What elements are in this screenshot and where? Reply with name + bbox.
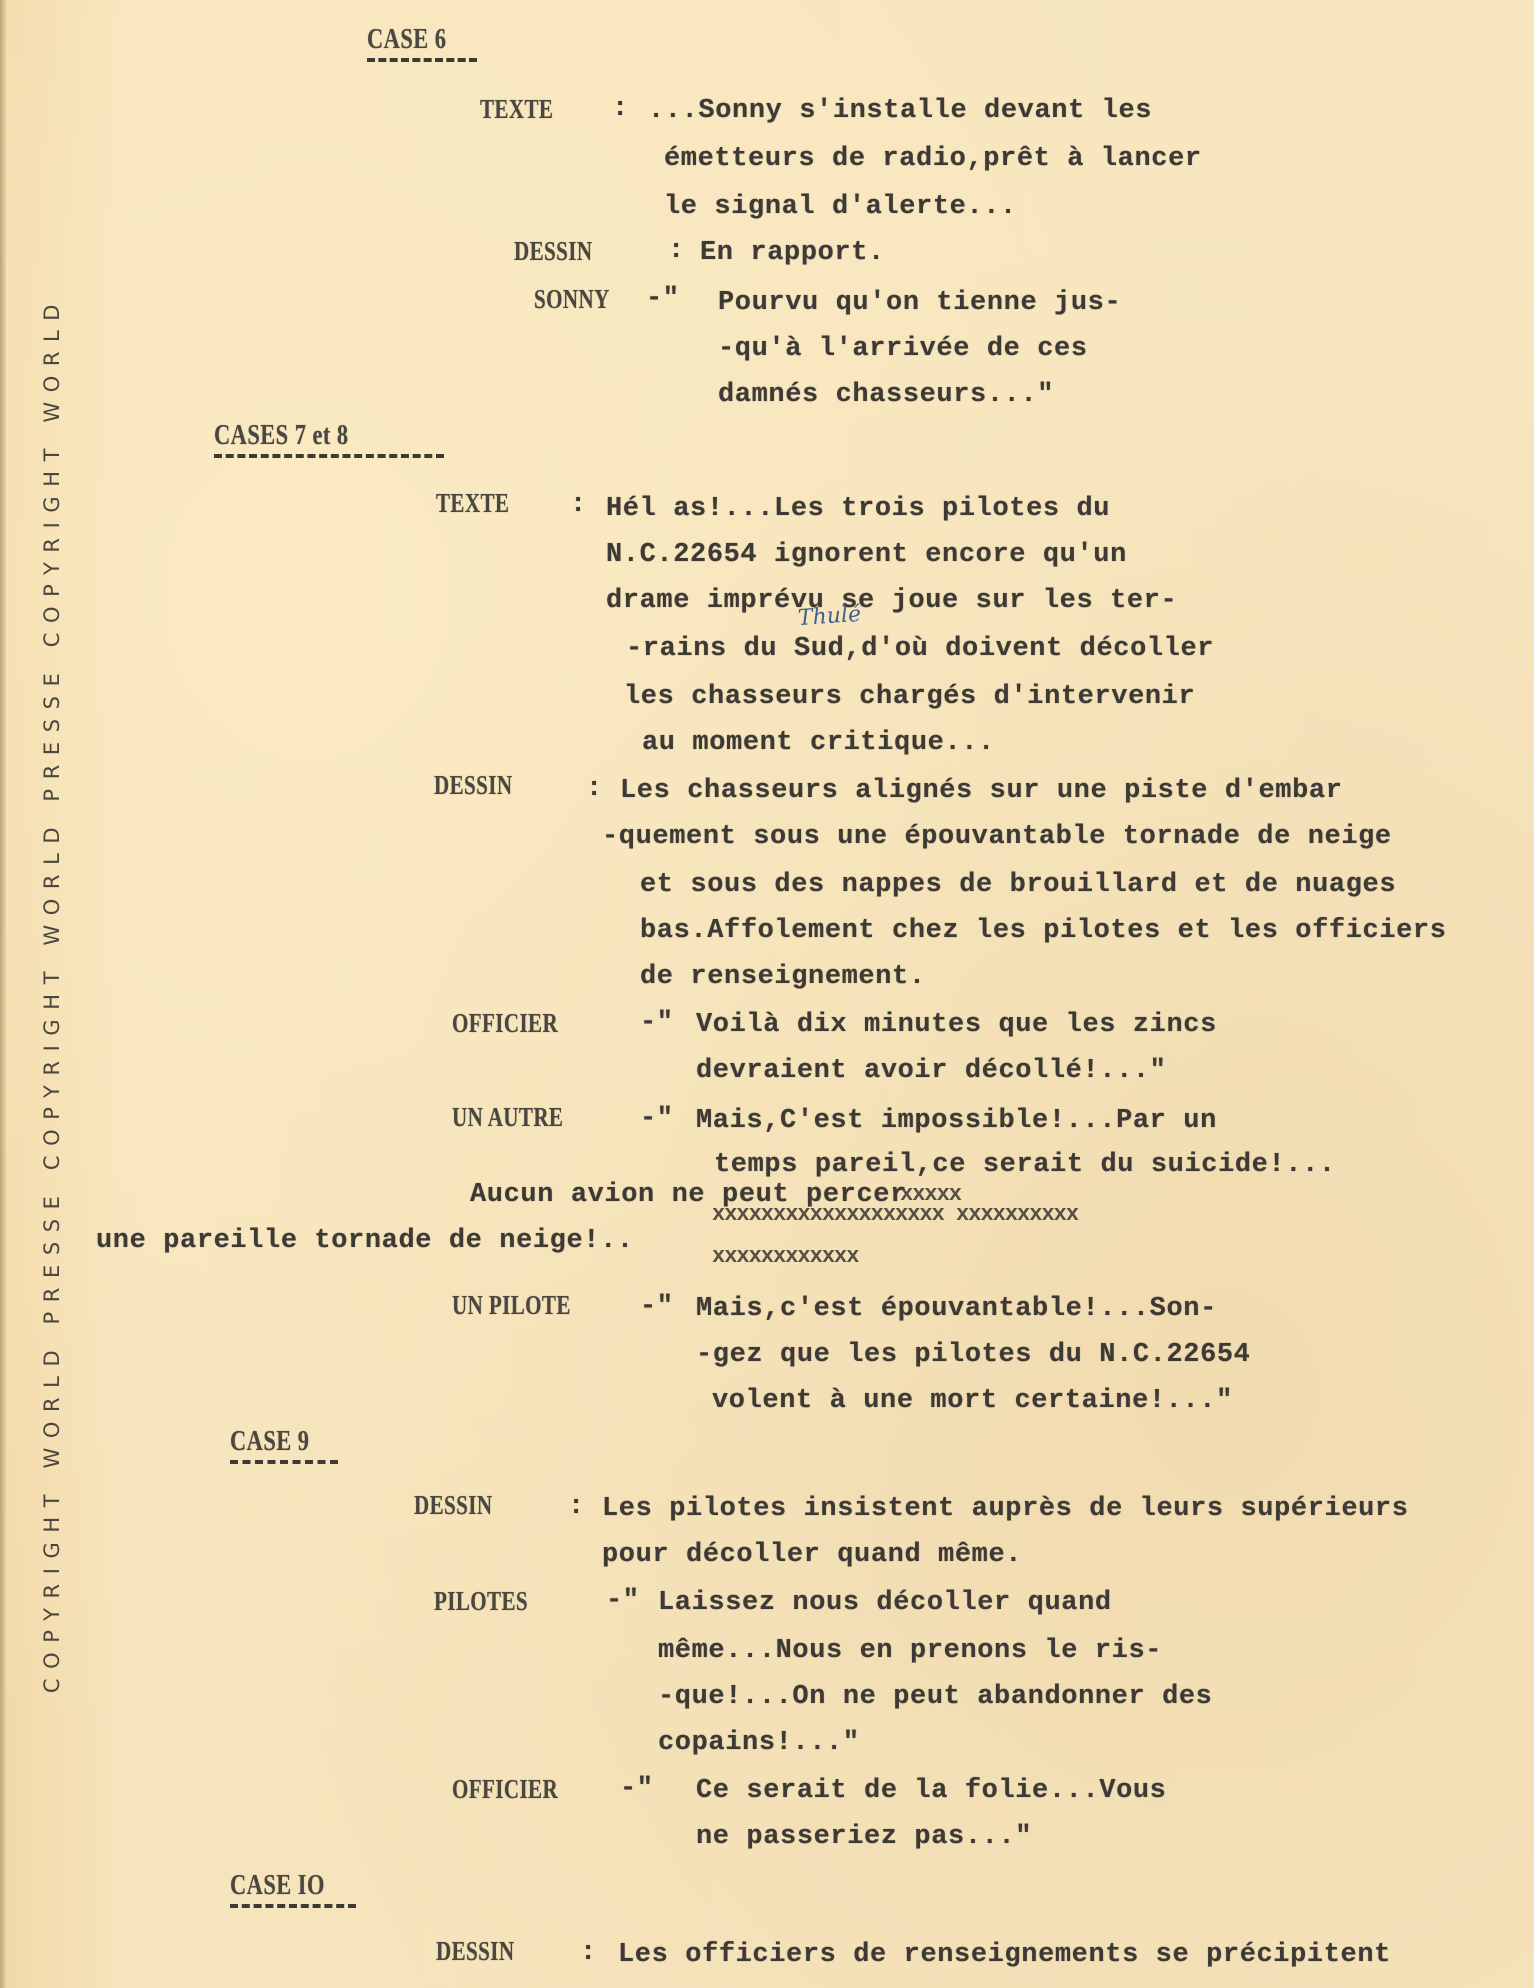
texte-line: le signal d'alerte...: [664, 192, 1017, 222]
dessin-line: -quement sous une épouvantable tornade d…: [602, 822, 1392, 852]
texte-line: N.C.22654 ignorent encore qu'un: [606, 540, 1127, 570]
heading-underline: [367, 58, 477, 62]
officier-label: OFFICIER: [452, 1008, 558, 1039]
pilotes-label: PILOTES: [434, 1586, 528, 1617]
dialogue-line: temps pareil,ce serait du suicide!...: [714, 1150, 1336, 1180]
dialogue-line: Voilà dix minutes que les zincs: [696, 1010, 1217, 1040]
heading-underline: [230, 1904, 356, 1908]
separator: -": [640, 1008, 674, 1038]
heading-underline: [230, 1460, 338, 1464]
officier-label: OFFICIER: [452, 1774, 558, 1805]
dessin-line: bas.Affolement chez les pilotes et les o…: [640, 916, 1447, 946]
dialogue-line: Mais,c'est épouvantable!...Son-: [696, 1294, 1217, 1324]
texte-line: ...Sonny s'installe devant les: [648, 96, 1152, 126]
texte-line: émetteurs de radio,prêt à lancer: [664, 144, 1202, 174]
texte-line: -rains du Sud,d'où doivent décoller: [626, 634, 1214, 664]
dessin-line: et sous des nappes de brouillard et de n…: [640, 870, 1396, 900]
case-10-heading: CASE IO: [230, 1870, 325, 1902]
dialogue-line: même...Nous en prenons le ris-: [658, 1636, 1162, 1666]
case-9-heading: CASE 9: [230, 1426, 309, 1458]
un-autre-label: UN AUTRE: [452, 1102, 563, 1133]
separator: -": [606, 1586, 640, 1616]
dialogue-line: -qu'à l'arrivée de ces: [718, 334, 1088, 364]
dialogue-line: ne passeriez pas...": [696, 1822, 1032, 1852]
dessin-label: DESSIN: [414, 1490, 492, 1521]
heading-underline: [214, 454, 444, 458]
dialogue-line: copains!...": [658, 1728, 860, 1758]
separator: :: [568, 1492, 585, 1522]
handwritten-correction: Thulé: [797, 602, 862, 631]
struck-out-text: xxxxxxxxxxxx: [712, 1244, 858, 1269]
inserted-line: une pareille tornade de neige!..: [96, 1226, 634, 1256]
typewritten-page: COPYRIGHT WORLD PRESSE COPYRIGHT WORLD P…: [0, 0, 1534, 1988]
dessin-label: DESSIN: [514, 236, 592, 267]
texte-label: TEXTE: [436, 488, 509, 519]
dialogue-line: volent à une mort certaine!...": [712, 1386, 1233, 1416]
copyright-watermark: COPYRIGHT WORLD PRESSE COPYRIGHT WORLD P…: [40, 14, 64, 1974]
texte-line: les chasseurs chargés d'intervenir: [624, 682, 1195, 712]
separator: -": [620, 1774, 654, 1804]
separator: :: [612, 94, 629, 124]
separator: :: [668, 236, 685, 266]
texte-line: au moment critique...: [642, 728, 995, 758]
dialogue-line: Mais,C'est impossible!...Par un: [696, 1106, 1217, 1136]
dialogue-line: Ce serait de la folie...Vous: [696, 1776, 1166, 1806]
dessin-label: DESSIN: [436, 1936, 514, 1967]
dessin-text: En rapport.: [700, 238, 885, 268]
texte-line: drame imprévu se joue sur les ter-: [606, 586, 1177, 616]
separator: -": [640, 1292, 674, 1322]
dessin-line: pour décoller quand même.: [602, 1540, 1022, 1570]
dialogue-line: Pourvu qu'on tienne jus-: [718, 288, 1121, 318]
dialogue-line: damnés chasseurs...": [718, 380, 1054, 410]
case-6-heading: CASE 6: [367, 24, 446, 56]
struck-out-text: xxxxxxxxxxxxxxxxxxx xxxxxxxxxx: [712, 1202, 1078, 1227]
case-7-8-heading: CASES 7 et 8: [214, 420, 349, 452]
dessin-line: Les pilotes insistent auprès de leurs su…: [602, 1494, 1409, 1524]
dialogue-line: -que!...On ne peut abandonner des: [658, 1682, 1213, 1712]
dessin-text: Les officiers de renseignements se préci…: [618, 1940, 1391, 1970]
dessin-line: Les chasseurs alignés sur une piste d'em…: [620, 776, 1343, 806]
page-edge: [0, 0, 6, 1988]
dialogue-line: Laissez nous décoller quand: [658, 1588, 1112, 1618]
separator: :: [586, 774, 603, 804]
dessin-label: DESSIN: [434, 770, 512, 801]
un-pilote-label: UN PILOTE: [452, 1290, 571, 1321]
dessin-line: de renseignement.: [640, 962, 926, 992]
dialogue-line: devraient avoir décollé!...": [696, 1056, 1166, 1086]
separator: -": [646, 284, 680, 314]
separator: -": [640, 1104, 674, 1134]
texte-label: TEXTE: [480, 94, 553, 125]
separator: :: [570, 490, 587, 520]
dialogue-line: -gez que les pilotes du N.C.22654: [696, 1340, 1251, 1370]
texte-line: Hél as!...Les trois pilotes du: [606, 494, 1110, 524]
separator: :: [580, 1938, 597, 1968]
sonny-label: SONNY: [534, 284, 610, 315]
